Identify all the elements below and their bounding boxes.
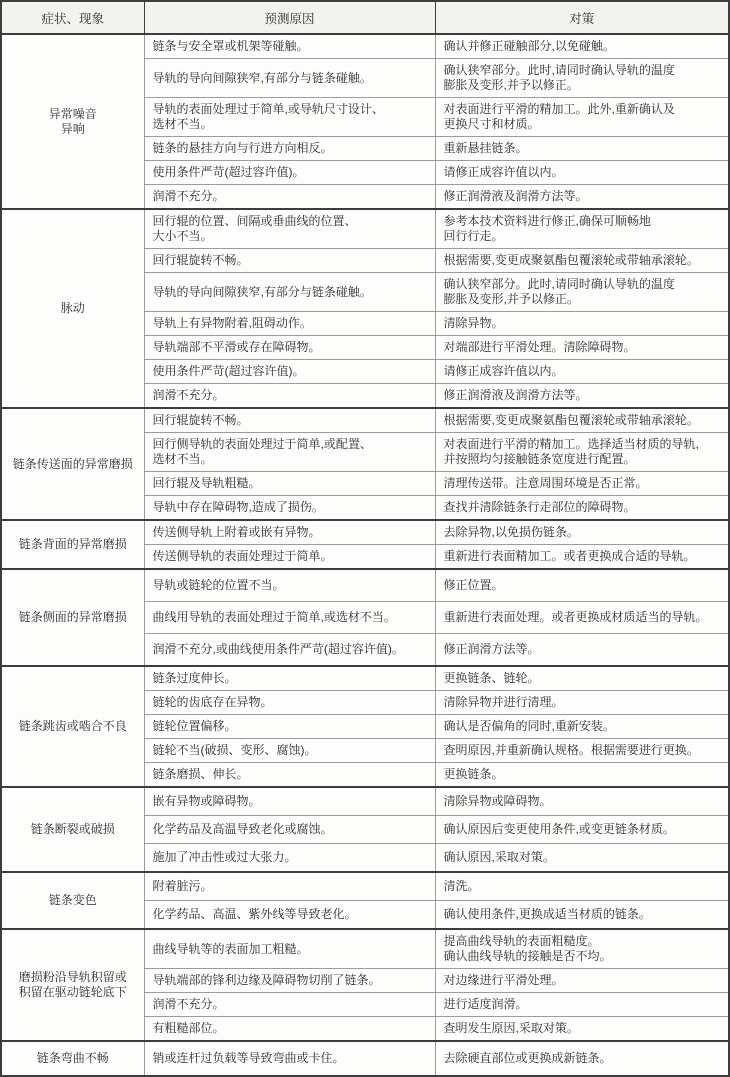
symptom-cell: 链条断裂或破损 [1,787,144,872]
symptom-cell: 链条传送面的异常磨损 [1,408,144,520]
table-row: 磨损粉沿导轨积留或 积留在驱动链轮底下曲线导轨等的表面加工粗糙。提高曲线导轨的表… [1,929,729,969]
cause-cell: 润滑不充分。 [144,993,435,1017]
cause-cell: 使用条件严苛(超过容许值)。 [144,161,435,185]
section-3: 链条传送面的异常磨损回行辊旋转不畅。根据需要,变更成聚氨酯包覆滚轮或带轴承滚轮。… [1,408,729,520]
cause-cell: 嵌有异物或障碍物。 [144,787,435,816]
cause-cell: 回行辊及导轨粗糙。 [144,472,435,496]
section-9: 磨损粉沿导轨积留或 积留在驱动链轮底下曲线导轨等的表面加工粗糙。提高曲线导轨的表… [1,929,729,1041]
section-2: 脉动回行辊的位置、间隔或垂曲线的位置、 大小不当。参考本技术资料进行修正,确保可… [1,209,729,408]
action-cell: 对表面进行平滑的精加工。选择适当材质的导轨, 并按照均匀接触链条宽度进行配置。 [435,433,729,472]
cause-cell: 链条磨损、伸长。 [144,763,435,788]
cause-cell: 化学药品、高温、紫外线等导致老化。 [144,901,435,930]
action-cell: 重新进行表面处理。或者更换成材质适当的导轨。 [435,602,729,634]
action-cell: 确认原因,采取对策。 [435,844,729,873]
action-cell: 根据需要,变更成聚氨酯包覆滚轮或带轴承滚轮。 [435,408,729,433]
cause-cell: 链条与安全罩或机架等碰触。 [144,34,435,59]
cause-cell: 链轮不当(破损、变形、腐蚀)。 [144,739,435,763]
action-cell: 清除异物。 [435,312,729,336]
table-row: 链条弯曲不畅销或连杆过负载等导致弯曲或卡住。去除硬直部位或更换成新链条。 [1,1041,729,1076]
cause-cell: 回行侧导轨的表面处理过于简单,或配置、 选材不当。 [144,433,435,472]
section-4: 链条背面的异常磨损传送侧导轨上附着或嵌有异物。去除异物,以免损伤链条。传送侧导轨… [1,520,729,569]
action-cell: 更换链条。 [435,763,729,788]
cause-cell: 销或连杆过负载等导致弯曲或卡住。 [144,1041,435,1076]
action-cell: 修正润滑液及润滑方法等。 [435,185,729,210]
table-row: 异常噪音 异响链条与安全罩或机架等碰触。确认并修正碰触部分,以免碰触。 [1,34,729,59]
header-row: 症状、现象 预测原因 对策 [1,1,729,34]
action-cell: 确认狭窄部分。此时,请同时确认导轨的温度 膨胀及变形,并予以修正。 [435,273,729,312]
action-cell: 确认并修正碰触部分,以免碰触。 [435,34,729,59]
cause-cell: 导轨的表面处理过于简单,或导轨尺寸设计、 选材不当。 [144,98,435,137]
action-cell: 清除异物并进行清理。 [435,691,729,715]
action-cell: 去除硬直部位或更换成新链条。 [435,1041,729,1076]
symptom-cell: 链条弯曲不畅 [1,1041,144,1076]
table-row: 链条断裂或破损嵌有异物或障碍物。清除异物或障碍物。 [1,787,729,816]
table-row: 链条背面的异常磨损传送侧导轨上附着或嵌有异物。去除异物,以免损伤链条。 [1,520,729,545]
action-cell: 确认使用条件,更换成适当材质的链条。 [435,901,729,930]
cause-cell: 导轨的导向间隙狭窄,有部分与链条碰触。 [144,273,435,312]
action-cell: 重新悬挂链条。 [435,137,729,161]
action-cell: 重新进行表面精加工。或者更换成合适的导轨。 [435,545,729,570]
action-cell: 提高曲线导轨的表面粗糙度。 确认曲线导轨的接触是否不均。 [435,929,729,969]
symptom-cell: 链条变色 [1,872,144,929]
cause-cell: 链轮位置偏移。 [144,715,435,739]
section-5: 链条侧面的异常磨损导轨或链轮的位置不当。修正位置。曲线用导轨的表面处理过于简单,… [1,569,729,666]
troubleshooting-table: 症状、现象 预测原因 对策 异常噪音 异响链条与安全罩或机架等碰触。确认并修正碰… [0,0,730,1077]
cause-cell: 润滑不充分。 [144,384,435,409]
cause-cell: 润滑不充分。 [144,185,435,210]
cause-cell: 导轨或链轮的位置不当。 [144,569,435,602]
action-cell: 确认原因后变更使用条件,或变更链条材质。 [435,816,729,844]
cause-cell: 导轨上有异物附着,阻碍动作。 [144,312,435,336]
header-action: 对策 [435,1,729,34]
section-6: 链条跳齿或啮合不良链条过度伸长。更换链条、链轮。链轮的齿底存在异物。清除异物并进… [1,666,729,787]
cause-cell: 传送侧导轨上附着或嵌有异物。 [144,520,435,545]
action-cell: 对边缘进行平滑处理。 [435,969,729,993]
symptom-cell: 链条背面的异常磨损 [1,520,144,569]
cause-cell: 有粗糙部位。 [144,1017,435,1042]
action-cell: 更换链条、链轮。 [435,666,729,691]
action-cell: 修正润滑液及润滑方法等。 [435,384,729,409]
symptom-cell: 链条跳齿或啮合不良 [1,666,144,787]
action-cell: 查明发生原因,采取对策。 [435,1017,729,1042]
cause-cell: 润滑不充分,或曲线使用条件严苛(超过容许值)。 [144,634,435,667]
cause-cell: 链轮的齿底存在异物。 [144,691,435,715]
section-7: 链条断裂或破损嵌有异物或障碍物。清除异物或障碍物。化学药品及高温导致老化或腐蚀。… [1,787,729,872]
cause-cell: 回行辊的位置、间隔或垂曲线的位置、 大小不当。 [144,209,435,249]
action-cell: 清洗。 [435,872,729,901]
cause-cell: 传送侧导轨的表面处理过于简单。 [144,545,435,570]
action-cell: 修正润滑方法等。 [435,634,729,667]
header-cause: 预测原因 [144,1,435,34]
cause-cell: 链条的悬挂方向与行进方向相反。 [144,137,435,161]
action-cell: 请修正成容许值以内。 [435,161,729,185]
cause-cell: 回行辊旋转不畅。 [144,408,435,433]
symptom-cell: 链条侧面的异常磨损 [1,569,144,666]
header-symptom: 症状、现象 [1,1,144,34]
action-cell: 查找并清除链条行走部位的障碍物。 [435,496,729,521]
table-row: 链条跳齿或啮合不良链条过度伸长。更换链条、链轮。 [1,666,729,691]
action-cell: 对表面进行平滑的精加工。此外,重新确认及 更换尺寸和材质。 [435,98,729,137]
cause-cell: 导轨的导向间隙狭窄,有部分与链条碰触。 [144,59,435,98]
cause-cell: 回行辊旋转不畅。 [144,249,435,273]
cause-cell: 曲线导轨等的表面加工粗糙。 [144,929,435,969]
table-row: 链条侧面的异常磨损导轨或链轮的位置不当。修正位置。 [1,569,729,602]
cause-cell: 导轨端部不平滑或存在障碍物。 [144,336,435,360]
action-cell: 根据需要,变更成聚氨酯包覆滚轮或带轴承滚轮。 [435,249,729,273]
symptom-cell: 异常噪音 异响 [1,34,144,209]
action-cell: 确认是否偏角的同时,重新安装。 [435,715,729,739]
table-row: 链条传送面的异常磨损回行辊旋转不畅。根据需要,变更成聚氨酯包覆滚轮或带轴承滚轮。 [1,408,729,433]
action-cell: 清除异物或障碍物。 [435,787,729,816]
table-row: 链条变色附着脏污。清洗。 [1,872,729,901]
symptom-cell: 磨损粉沿导轨积留或 积留在驱动链轮底下 [1,929,144,1041]
cause-cell: 附着脏污。 [144,872,435,901]
action-cell: 进行适度润滑。 [435,993,729,1017]
section-10: 链条弯曲不畅销或连杆过负载等导致弯曲或卡住。去除硬直部位或更换成新链条。 [1,1041,729,1076]
symptom-cell: 脉动 [1,209,144,408]
action-cell: 去除异物,以免损伤链条。 [435,520,729,545]
action-cell: 修正位置。 [435,569,729,602]
cause-cell: 化学药品及高温导致老化或腐蚀。 [144,816,435,844]
action-cell: 清理传送带。注意周围环境是否正常。 [435,472,729,496]
action-cell: 参考本技术资料进行修正,确保可顺畅地 回行行走。 [435,209,729,249]
cause-cell: 施加了冲击性或过大张力。 [144,844,435,873]
section-8: 链条变色附着脏污。清洗。化学药品、高温、紫外线等导致老化。确认使用条件,更换成适… [1,872,729,929]
action-cell: 查明原因,并重新确认规格。根据需要进行更换。 [435,739,729,763]
cause-cell: 导轨中存在障碍物,造成了损伤。 [144,496,435,521]
cause-cell: 曲线用导轨的表面处理过于简单,或选材不当。 [144,602,435,634]
cause-cell: 使用条件严苛(超过容许值)。 [144,360,435,384]
cause-cell: 导轨端部的锋利边缘及障碍物切削了链条。 [144,969,435,993]
table-header: 症状、现象 预测原因 对策 [1,1,729,34]
action-cell: 对端部进行平滑处理。清除障碍物。 [435,336,729,360]
section-1: 异常噪音 异响链条与安全罩或机架等碰触。确认并修正碰触部分,以免碰触。导轨的导向… [1,34,729,209]
troubleshooting-page: 症状、现象 预测原因 对策 异常噪音 异响链条与安全罩或机架等碰触。确认并修正碰… [0,0,730,1077]
table-row: 脉动回行辊的位置、间隔或垂曲线的位置、 大小不当。参考本技术资料进行修正,确保可… [1,209,729,249]
cause-cell: 链条过度伸长。 [144,666,435,691]
action-cell: 请修正成容许值以内。 [435,360,729,384]
action-cell: 确认狭窄部分。此时,请同时确认导轨的温度 膨胀及变形,并予以修正。 [435,59,729,98]
